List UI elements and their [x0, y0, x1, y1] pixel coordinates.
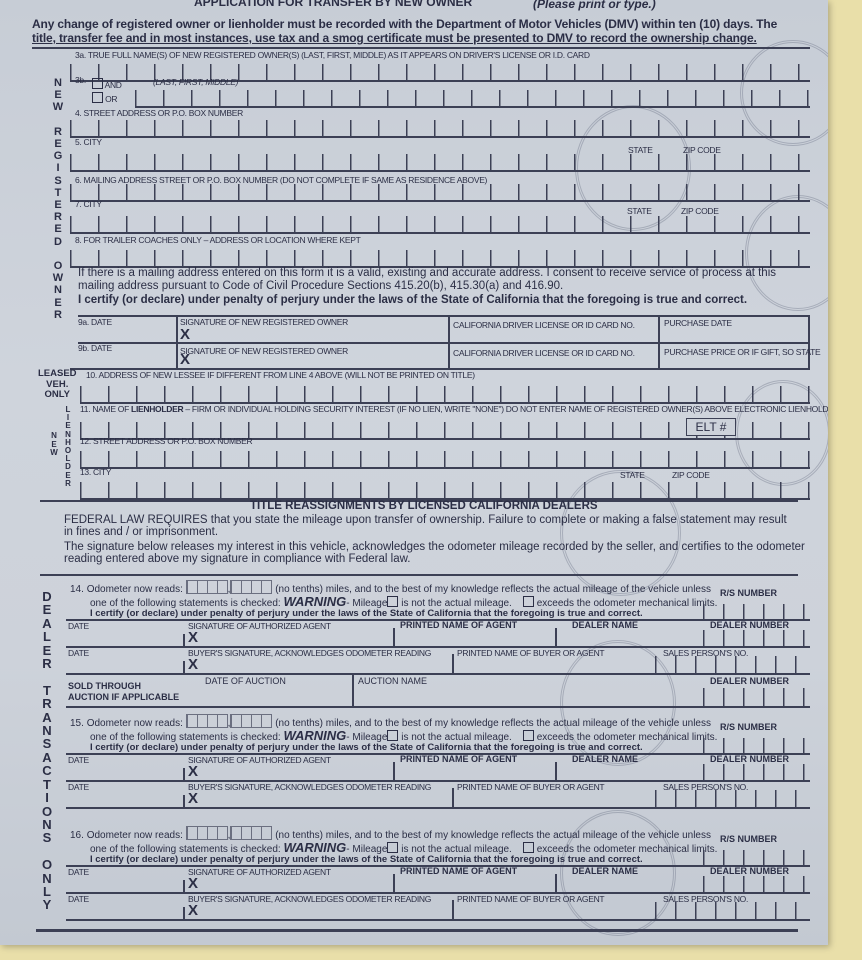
dealer-number-label: DEALER NUMBER [710, 866, 789, 876]
release-line-2: reading entered above my signature in co… [64, 553, 410, 565]
not-actual-mileage-checkbox[interactable] [387, 596, 398, 607]
field-8-label: 8. FOR TRAILER COACHES ONLY – ADDRESS OR… [75, 235, 361, 245]
and-option[interactable]: AND [92, 78, 122, 90]
dealer-number-label: DEALER NUMBER [710, 620, 789, 630]
consent-line-2: mailing address pursuant to Code of Civi… [78, 280, 563, 292]
divider [40, 574, 798, 576]
odometer-line: 15. Odometer now reads: , (no tenths) mi… [70, 714, 711, 729]
printed-buyer-name-field[interactable]: PRINTED NAME OF BUYER OR AGENT [457, 894, 604, 904]
or-option[interactable]: OR [92, 92, 117, 104]
field-13-input[interactable] [80, 478, 810, 500]
buyer-signature-field[interactable]: X [188, 902, 198, 919]
exceeds-limits-checkbox[interactable] [523, 842, 534, 853]
field-9a-date[interactable]: 9a. DATE [78, 317, 112, 327]
rs-number-label: R/S NUMBER [720, 588, 777, 598]
field-9b-date[interactable]: 9b. DATE [78, 343, 112, 353]
warning-line: one of the following statements is check… [90, 594, 717, 609]
field-4-input[interactable] [70, 116, 810, 138]
field-12-label: 12. STREET ADDRESS OR P.O. BOX NUMBER [80, 436, 252, 446]
field-3b-label: 3b. [75, 75, 86, 85]
agent-signature-field[interactable]: X [188, 629, 198, 646]
release-line-1: The signature below releases my interest… [64, 541, 805, 553]
field-10-input[interactable] [80, 382, 810, 404]
field-5-input[interactable] [70, 150, 810, 172]
dl-number-2-label[interactable]: CALIFORNIA DRIVER LICENSE OR ID CARD NO. [453, 348, 635, 358]
side-label-lienholder: LIENHOLDER [64, 406, 72, 488]
divider [448, 315, 450, 368]
consent-line-1: If there is a mailing address entered on… [78, 267, 776, 279]
divider [658, 315, 660, 368]
field-5-label: 5. CITY [75, 137, 102, 147]
purchase-date-field[interactable]: PURCHASE DATE [664, 318, 732, 328]
purchase-price-field[interactable]: PURCHASE PRICE OR IF GIFT, SO STATE [664, 347, 820, 357]
rs-number-label: R/S NUMBER [720, 722, 777, 732]
divider [32, 47, 810, 49]
field-12-input[interactable] [80, 447, 810, 469]
exceeds-limits-checkbox[interactable] [523, 730, 534, 741]
auction-date-field[interactable]: DATE OF AUCTION [205, 676, 286, 686]
printed-agent-name-field[interactable]: PRINTED NAME OF AGENT [400, 620, 517, 630]
divider [36, 929, 798, 932]
sales-person-input[interactable] [655, 656, 808, 673]
agent-signature-label: SIGNATURE OF AUTHORIZED AGENT [188, 867, 331, 877]
date-field[interactable]: DATE [68, 755, 89, 765]
signature-owner-2-field[interactable]: X [180, 351, 190, 368]
divider [176, 315, 178, 368]
warning-line: one of the following statements is check… [90, 840, 717, 855]
auction-dealer-number-input[interactable] [703, 688, 808, 706]
dealer-section-heading: TITLE REASSIGNMENTS BY LICENSED CALIFORN… [250, 500, 598, 512]
buyer-signature-label: BUYER'S SIGNATURE, ACKNOWLEDGES ODOMETER… [188, 648, 431, 658]
elt-number-box[interactable]: ELT # [686, 418, 736, 436]
odometer-thousands-input[interactable] [186, 826, 228, 840]
dealer-number-label: DEALER NUMBER [710, 754, 789, 764]
agent-signature-field[interactable]: X [188, 875, 198, 892]
buyer-signature-label: BUYER'S SIGNATURE, ACKNOWLEDGES ODOMETER… [188, 782, 431, 792]
buyer-date-field[interactable]: DATE [68, 894, 89, 904]
odometer-units-input[interactable] [230, 580, 272, 594]
dealer-name-field[interactable]: DEALER NAME [572, 620, 638, 630]
field-7-label: 7. CITY [75, 199, 102, 209]
field-6-input[interactable] [70, 180, 810, 202]
dealer-number-input[interactable] [703, 764, 808, 780]
auction-name-field[interactable]: AUCTION NAME [358, 676, 427, 686]
rs-number-input[interactable] [703, 850, 808, 866]
side-label-new-registered-owner: NEW REGISTERED OWNER [52, 77, 64, 321]
side-label-dealer-transactions-only: DEALER TRANSACTIONS ONLY [40, 590, 54, 912]
buyer-date-field[interactable]: DATE [68, 648, 89, 658]
printed-buyer-name-field[interactable]: PRINTED NAME OF BUYER OR AGENT [457, 782, 604, 792]
dealer-number-input[interactable] [703, 876, 808, 892]
buyer-signature-label: BUYER'S SIGNATURE, ACKNOWLEDGES ODOMETER… [188, 894, 431, 904]
certify-line: I certify (or declare) under penalty of … [90, 608, 643, 619]
notice-line-1: Any change of registered owner or lienho… [32, 17, 777, 31]
rs-number-label: R/S NUMBER [720, 834, 777, 844]
notice-line-2: title, transfer fee and in most instance… [32, 31, 757, 45]
signature-owner-1-label: SIGNATURE OF NEW REGISTERED OWNER [180, 317, 348, 327]
dl-number-1-label[interactable]: CALIFORNIA DRIVER LICENSE OR ID CARD NO. [453, 320, 635, 330]
federal-law-line-2: in fines and / or imprisonment. [64, 526, 218, 538]
divider [808, 315, 810, 368]
printed-agent-name-field[interactable]: PRINTED NAME OF AGENT [400, 866, 517, 876]
odometer-units-input[interactable] [230, 826, 272, 840]
or-checkbox[interactable] [92, 92, 103, 103]
field-10-label: 10. ADDRESS OF NEW LESSEE IF DIFFERENT F… [86, 370, 475, 380]
odometer-line: 16. Odometer now reads: , (no tenths) mi… [70, 826, 711, 841]
sales-person-input[interactable] [655, 902, 808, 919]
side-label-new: NEW [50, 432, 58, 458]
agent-signature-label: SIGNATURE OF AUTHORIZED AGENT [188, 755, 331, 765]
buyer-signature-field[interactable]: X [188, 656, 198, 673]
agent-signature-field[interactable]: X [188, 763, 198, 780]
warning-line: one of the following statements is check… [90, 728, 717, 743]
agent-signature-label: SIGNATURE OF AUTHORIZED AGENT [188, 621, 331, 631]
sales-person-input[interactable] [655, 790, 808, 807]
signature-owner-1-field[interactable]: X [180, 326, 190, 343]
rs-number-input[interactable] [703, 738, 808, 754]
field-3a-label: 3a. TRUE FULL NAME(S) OF NEW REGISTERED … [75, 50, 590, 60]
buyer-date-field[interactable]: DATE [68, 782, 89, 792]
odometer-line: 14. Odometer now reads: , (no tenths) mi… [70, 580, 711, 595]
federal-law-line-1: FEDERAL LAW REQUIRES that you state the … [64, 514, 787, 526]
not-actual-mileage-checkbox[interactable] [387, 730, 398, 741]
sold-through-label: SOLD THROUGH [68, 681, 141, 691]
auction-if-applicable-label: AUCTION IF APPLICABLE [68, 692, 179, 702]
certify-line: I certify (or declare) under penalty of … [90, 854, 643, 865]
dealer-name-field[interactable]: DEALER NAME [572, 754, 638, 764]
not-actual-mileage-checkbox[interactable] [387, 842, 398, 853]
form-title: APPLICATION FOR TRANSFER BY NEW OWNER [194, 0, 472, 9]
buyer-signature-field[interactable]: X [188, 790, 198, 807]
field-7-input[interactable] [70, 212, 810, 234]
dmv-form-page: APPLICATION FOR TRANSFER BY NEW OWNER (P… [0, 0, 828, 945]
print-note: (Please print or type.) [533, 0, 656, 11]
odometer-thousands-input[interactable] [186, 714, 228, 728]
certify-statement: I certify (or declare) under penalty of … [78, 294, 747, 306]
field-3b-input[interactable] [135, 86, 810, 108]
and-checkbox[interactable] [92, 78, 103, 89]
side-label-leased-vehicle: LEASEDVEH.ONLY [38, 369, 77, 401]
certify-line: I certify (or declare) under penalty of … [90, 742, 643, 753]
printed-agent-name-field[interactable]: PRINTED NAME OF AGENT [400, 754, 517, 764]
rs-number-input[interactable] [703, 604, 808, 620]
printed-buyer-name-field[interactable]: PRINTED NAME OF BUYER OR AGENT [457, 648, 604, 658]
field-8-input[interactable] [70, 246, 810, 268]
auction-dealer-number-label: DEALER NUMBER [710, 676, 789, 686]
field-13-label: 13. CITY [80, 467, 111, 477]
exceeds-limits-checkbox[interactable] [523, 596, 534, 607]
field-11-label: 11. NAME OF LIENHOLDER – FIRM OR INDIVID… [80, 404, 828, 414]
signature-owner-2-label: SIGNATURE OF NEW REGISTERED OWNER [180, 346, 348, 356]
dealer-name-field[interactable]: DEALER NAME [572, 866, 638, 876]
date-field[interactable]: DATE [68, 867, 89, 877]
dealer-number-input[interactable] [703, 630, 808, 646]
odometer-thousands-input[interactable] [186, 580, 228, 594]
odometer-units-input[interactable] [230, 714, 272, 728]
date-field[interactable]: DATE [68, 621, 89, 631]
